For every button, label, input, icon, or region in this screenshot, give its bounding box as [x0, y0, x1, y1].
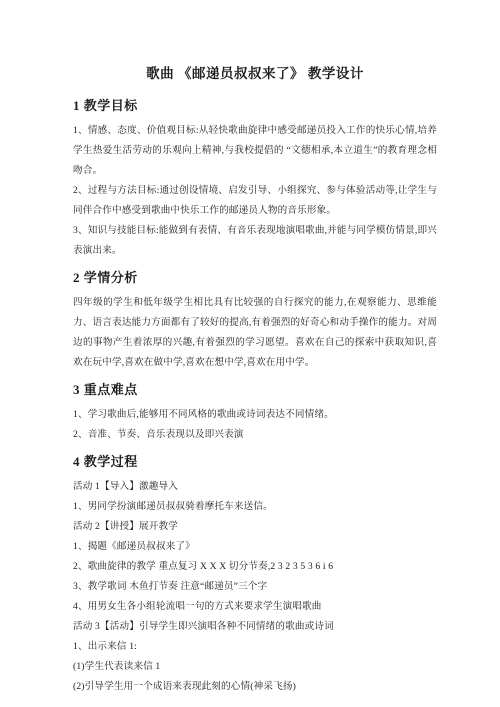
paragraph-activity-3-step-1b: (2)引导学生用一个成语来表现此刻的心情(神采飞扬)	[73, 677, 437, 697]
section-heading-teaching-objectives: 1 教学目标	[73, 96, 437, 116]
section-heading-teaching-process: 4 教学过程	[73, 452, 437, 472]
paragraph-activity-2-intro: 活动 2【讲授】展开教学	[73, 517, 437, 537]
paragraph-learner-analysis: 四年级的学生和低年级学生相比具有比较强的自行探究的能力,在观察能力、思维能力、语…	[73, 293, 437, 373]
section-key-difficulties: 3 重点难点 1、学习歌曲后,能够用不同风格的歌曲或诗词表达不同情绪。 2、音准…	[73, 380, 437, 445]
paragraph-activity-3-step-1: 1、出示来信 1:	[73, 637, 437, 657]
paragraph-objective-1: 1、情感、态度、价值观目标:从轻快歌曲旋律中感受邮递员投入工作的快乐心情,培养学…	[73, 121, 437, 181]
paragraph-activity-3-intro: 活动 3【活动】引导学生即兴演唱各种不同情绪的歌曲或诗词	[73, 617, 437, 637]
section-heading-learner-analysis: 2 学情分析	[73, 268, 437, 288]
paragraph-activity-2-step-3: 3、教学歌词 木鱼打节奏 注意“邮递员”三个字	[73, 577, 437, 597]
paragraph-activity-2-step-2: 2、歌曲旋律的教学 重点复习 X X X 切分节奏,2 3 2 3 5 3 6 …	[73, 557, 437, 577]
document-title: 歌曲 《邮递员叔叔来了》 教学设计	[73, 62, 437, 82]
section-heading-key-difficulties: 3 重点难点	[73, 380, 437, 400]
section-learner-analysis: 2 学情分析 四年级的学生和低年级学生相比具有比较强的自行探究的能力,在观察能力…	[73, 268, 437, 373]
paragraph-activity-1-step-1: 1、男同学扮演邮递员叔叔骑着摩托车来送信。	[73, 497, 437, 517]
paragraph-difficulty-2: 2、音准、节奏、音乐表现以及即兴表演	[73, 425, 437, 445]
section-teaching-process: 4 教学过程 活动 1【导入】激趣导入 1、男同学扮演邮递员叔叔骑着摩托车来送信…	[73, 452, 437, 697]
paragraph-difficulty-1: 1、学习歌曲后,能够用不同风格的歌曲或诗词表达不同情绪。	[73, 405, 437, 425]
paragraph-activity-1-intro: 活动 1【导入】激趣导入	[73, 477, 437, 497]
document-page: 歌曲 《邮递员叔叔来了》 教学设计 1 教学目标 1、情感、态度、价值观目标:从…	[0, 0, 500, 707]
paragraph-activity-2-step-4: 4、用男女生各小组轮流唱一句的方式来要求学生演唱歌曲	[73, 597, 437, 617]
paragraph-activity-3-step-1a: (1)学生代表读来信 1	[73, 657, 437, 677]
paragraph-objective-3: 3、知识与技能目标:能做到有表情、有音乐表现地演唱歌曲,并能与同学模仿情景,即兴…	[73, 221, 437, 261]
paragraph-objective-2: 2、过程与方法目标:通过创设情境、启发引导、小组探究、参与体验活动等,让学生与同…	[73, 181, 437, 221]
paragraph-activity-2-step-1: 1、揭题《邮递员叔叔来了》	[73, 537, 437, 557]
section-teaching-objectives: 1 教学目标 1、情感、态度、价值观目标:从轻快歌曲旋律中感受邮递员投入工作的快…	[73, 96, 437, 261]
